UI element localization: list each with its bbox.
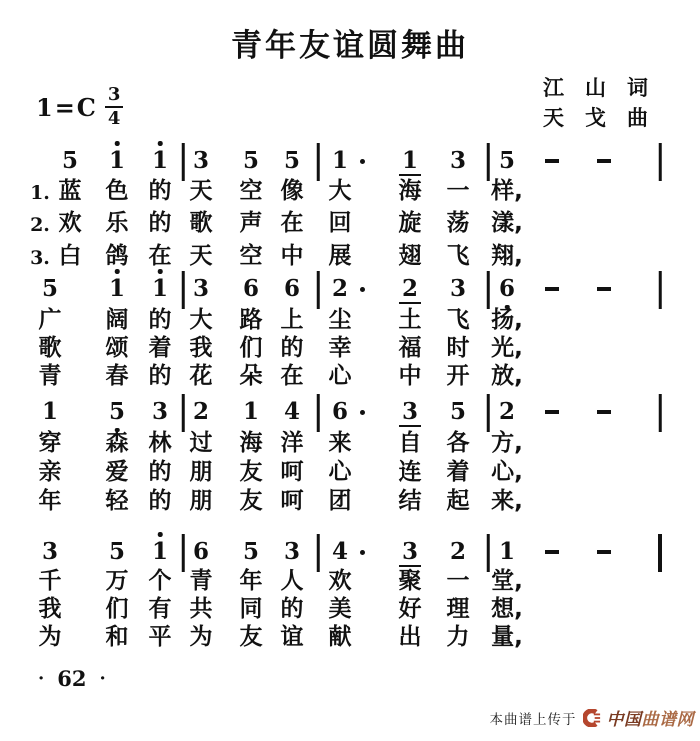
duration-dot [360, 287, 365, 292]
lyric-syllable: 和 [106, 626, 129, 649]
lyric-syllable: 天 [190, 180, 213, 203]
octave-dot-above [158, 141, 163, 146]
lyric-row: 亲爱的朋友呵心连着心, [0, 461, 700, 488]
note: 6 [193, 539, 209, 564]
lyric-syllable: 上 [281, 309, 304, 332]
note-digit: 1 [499, 539, 515, 564]
lyric-syllable: 朋 [190, 461, 213, 484]
lyric-syllable: 旋 [399, 212, 422, 235]
note: 1 [152, 276, 168, 301]
note: 3 [450, 276, 466, 301]
octave-dot-above [158, 532, 163, 537]
note: 5 [284, 148, 300, 173]
note: 2 [399, 276, 421, 304]
note: 1 [109, 148, 125, 173]
music-system: 3516534321千万个青年人欢聚一堂,我们有共同的美好理想,为和平为友谊献出… [0, 539, 700, 671]
note-row: 1532146352 [0, 399, 700, 429]
lyric-syllable: 人 [281, 570, 304, 593]
lyric-syllable: 为 [39, 626, 62, 649]
note: 3 [399, 539, 421, 567]
lyric-syllable: 鸽 [106, 245, 129, 268]
lyric-syllable: 们 [240, 337, 263, 360]
lyric-row: 年轻的朋友呵团结起来, [0, 490, 700, 517]
note-digit: 1 [42, 399, 58, 424]
lyric-syllable: 友 [240, 626, 263, 649]
lyric-syllable: 欢 [329, 570, 352, 593]
lyric-syllable: 在 [149, 245, 172, 268]
lyric-syllable: 福 [399, 337, 422, 360]
lyric-syllable: 广 [39, 309, 62, 332]
dash-note [597, 159, 611, 163]
note: 5 [499, 148, 515, 173]
time-signature-numerator: 3 [105, 86, 124, 108]
lyric-syllable: 我 [39, 598, 62, 621]
note: 5 [42, 276, 58, 301]
note-digit: 2 [332, 276, 348, 301]
note-digit: 3 [42, 539, 58, 564]
lyric-syllable: 过 [190, 432, 213, 455]
note: 1 [42, 399, 58, 424]
duration-dot [360, 159, 365, 164]
note: 1 [243, 399, 259, 424]
lyric-syllable: 回 [329, 212, 352, 235]
barline [317, 143, 320, 181]
note-digit: 3 [193, 276, 209, 301]
note-digit: 1 [152, 539, 168, 564]
lyric-syllable: 个 [149, 570, 172, 593]
lyric-syllable: 各 [447, 432, 470, 455]
octave-dot-above [115, 141, 120, 146]
barline [487, 271, 490, 309]
barline [182, 534, 185, 572]
lyric-row: 为和平为友谊献出力量, [0, 626, 700, 653]
note: 3 [193, 276, 209, 301]
lyric-syllable: 中 [281, 245, 304, 268]
lyric-syllable: 幸 [329, 337, 352, 360]
note-digit: 6 [284, 276, 300, 301]
sheet-music-page: 青年友谊圆舞曲 江山词 天戈曲 1=C 3 4 51135511351.蓝色的天… [0, 0, 700, 741]
lyric-syllable: 的 [149, 461, 172, 484]
lyric-syllable: 一 [447, 180, 470, 203]
site-logo-icon [583, 709, 601, 727]
note: 4 [284, 399, 300, 424]
note-digit: 5 [243, 148, 259, 173]
page-number-left-dot: · [38, 668, 44, 689]
note-digit: 4 [332, 539, 348, 564]
lyric-syllable: 结 [399, 490, 422, 513]
site-name-secondary: 曲谱网 [642, 710, 695, 730]
lyric-syllable: 展 [329, 245, 352, 268]
note-digit: 3 [193, 148, 209, 173]
lyric-syllable: 青 [190, 570, 213, 593]
lyric-syllable: 自 [399, 432, 422, 455]
barline [182, 271, 185, 309]
page-number-right-dot: · [100, 668, 106, 689]
lyric-syllable: 友 [240, 461, 263, 484]
lyric-syllable: 森 [106, 432, 129, 455]
note: 3 [284, 539, 300, 564]
lyric-syllable: 力 [447, 626, 470, 649]
duration-dot [360, 550, 365, 555]
lyric-syllable: 共 [190, 598, 213, 621]
note-row: 3516534321 [0, 539, 700, 569]
lyric-syllable: 呵 [281, 461, 304, 484]
lyric-syllable: 空 [240, 245, 263, 268]
lyric-syllable: 起 [447, 490, 470, 513]
lyric-syllable: 美 [329, 598, 352, 621]
lyric-syllable: 颂 [106, 337, 129, 360]
note-digit: 6 [243, 276, 259, 301]
lyric-syllable: 量, [491, 626, 523, 649]
lyric-syllable: 轻 [106, 490, 129, 513]
lyric-syllable: 堂, [491, 570, 523, 593]
note: 2 [450, 539, 466, 564]
lyric-syllable: 平 [149, 626, 172, 649]
time-signature-denominator: 4 [105, 108, 124, 128]
music-system: 51135511351.蓝色的天空像大海一样,2.欢乐的歌声在回旋荡漾,3.白鸽… [0, 148, 700, 280]
lyric-syllable: 出 [399, 626, 422, 649]
lyric-syllable: 蓝 [59, 180, 82, 203]
lyric-syllable: 光, [491, 337, 523, 360]
note-row: 5113551135 [0, 148, 700, 178]
lyric-syllable: 春 [106, 365, 129, 388]
note: 4 [332, 539, 348, 564]
note: 6 [243, 276, 259, 301]
note-digit: 5 [499, 148, 515, 173]
note-digit: 5 [62, 148, 78, 173]
lyric-syllable: 的 [149, 180, 172, 203]
lyric-syllable: 来, [491, 490, 523, 513]
duration-dot [360, 410, 365, 415]
note-digit: 3 [399, 539, 421, 567]
note: 2 [332, 276, 348, 301]
lyric-syllable: 漾, [491, 212, 523, 235]
lyric-syllable: 心, [491, 461, 523, 484]
barline [487, 143, 490, 181]
note-digit: 5 [243, 539, 259, 564]
verse-number: 1. [30, 182, 50, 204]
note-digit: 1 [399, 148, 421, 176]
lyric-syllable: 献 [329, 626, 352, 649]
dash-note [597, 410, 611, 414]
barline [659, 271, 662, 309]
lyric-syllable: 色 [106, 180, 129, 203]
lyric-syllable: 着 [447, 461, 470, 484]
note-row: 5113662236 [0, 276, 700, 306]
lyric-syllable: 在 [281, 212, 304, 235]
lyric-syllable: 大 [329, 180, 352, 203]
lyric-syllable: 着 [149, 337, 172, 360]
lyric-syllable: 空 [240, 180, 263, 203]
lyric-syllable: 歌 [39, 337, 62, 360]
note-digit: 3 [450, 148, 466, 173]
lyric-syllable: 洋 [281, 432, 304, 455]
barline [317, 271, 320, 309]
note-digit: 5 [42, 276, 58, 301]
note-digit: 1 [243, 399, 259, 424]
barline [182, 143, 185, 181]
note-digit: 5 [450, 399, 466, 424]
barline [182, 394, 185, 432]
note-digit: 1 [109, 148, 125, 173]
note: 6 [284, 276, 300, 301]
barline [487, 394, 490, 432]
lyric-syllable: 想, [491, 598, 523, 621]
lyric-syllable: 谊 [281, 626, 304, 649]
key-signature: 1=C 3 4 [36, 86, 123, 128]
site-name-primary: 中国 [607, 710, 642, 730]
note: 2 [193, 399, 209, 424]
lyric-syllable: 方, [491, 432, 523, 455]
lyric-syllable: 万 [106, 570, 129, 593]
lyric-syllable: 朵 [240, 365, 263, 388]
lyric-syllable: 青 [39, 365, 62, 388]
lyricist-credit: 江山词 [543, 72, 669, 102]
note-digit: 1 [152, 276, 168, 301]
note: 5 [450, 399, 466, 424]
verse-number: 2. [30, 214, 50, 236]
note-digit: 6 [193, 539, 209, 564]
note: 3 [152, 399, 168, 424]
lyric-syllable: 海 [399, 180, 422, 203]
note: 1 [399, 148, 421, 176]
final-barline [658, 534, 662, 572]
lyric-syllable: 林 [149, 432, 172, 455]
lyric-row: 2.欢乐的歌声在回旋荡漾, [0, 212, 700, 239]
lyric-syllable: 团 [329, 490, 352, 513]
lyric-syllable: 亲 [39, 461, 62, 484]
lyric-syllable: 荡 [447, 212, 470, 235]
lyric-syllable: 有 [149, 598, 172, 621]
lyric-syllable: 友 [240, 490, 263, 513]
note: 5 [109, 399, 125, 424]
lyric-syllable: 年 [240, 570, 263, 593]
octave-dot-above [115, 269, 120, 274]
lyric-syllable: 路 [240, 309, 263, 332]
note-digit: 6 [332, 399, 348, 424]
lyric-syllable: 连 [399, 461, 422, 484]
lyric-syllable: 尘 [329, 309, 352, 332]
lyric-syllable: 翔, [491, 245, 523, 268]
note-digit: 5 [284, 148, 300, 173]
dash-note [597, 550, 611, 554]
note: 6 [499, 276, 515, 301]
lyric-syllable: 同 [240, 598, 263, 621]
lyric-syllable: 样, [491, 180, 523, 203]
lyric-syllable: 像 [281, 180, 304, 203]
note-digit: 2 [399, 276, 421, 304]
note: 5 [62, 148, 78, 173]
lyric-row: 穿森林过海洋来自各方, [0, 432, 700, 459]
song-title: 青年友谊圆舞曲 [0, 20, 700, 65]
lyric-syllable: 的 [149, 365, 172, 388]
lyric-row: 我们有共同的美好理想, [0, 598, 700, 625]
lyric-syllable: 呵 [281, 490, 304, 513]
note: 3 [193, 148, 209, 173]
lyric-syllable: 理 [447, 598, 470, 621]
note-digit: 1 [109, 276, 125, 301]
lyric-syllable: 们 [106, 598, 129, 621]
lyric-syllable: 翅 [399, 245, 422, 268]
lyric-syllable: 一 [447, 570, 470, 593]
note: 2 [499, 399, 515, 424]
lyric-row: 歌颂着我们的幸福时光, [0, 337, 700, 364]
lyric-syllable: 的 [149, 212, 172, 235]
note-digit: 3 [284, 539, 300, 564]
lyric-syllable: 白 [59, 245, 82, 268]
lyric-row: 千万个青年人欢聚一堂, [0, 570, 700, 597]
note: 1 [152, 148, 168, 173]
lyric-syllable: 在 [281, 365, 304, 388]
note: 3 [399, 399, 421, 427]
lyric-row: 3.白鸽在天空中展翅飞翔, [0, 245, 700, 272]
watermark: 本曲谱上传于 中国曲谱网 [490, 705, 695, 730]
lyric-syllable: 来 [329, 432, 352, 455]
note: 5 [243, 539, 259, 564]
lyric-syllable: 为 [190, 626, 213, 649]
lyric-syllable: 大 [190, 309, 213, 332]
lyric-syllable: 飞 [447, 245, 470, 268]
lyric-syllable: 心 [329, 461, 352, 484]
note-digit: 5 [109, 399, 125, 424]
barline [659, 143, 662, 181]
note-digit: 2 [450, 539, 466, 564]
verse-number: 3. [30, 247, 50, 269]
lyric-syllable: 聚 [399, 570, 422, 593]
time-signature: 3 4 [105, 86, 124, 128]
note: 6 [332, 399, 348, 424]
dash-note [545, 550, 559, 554]
lyric-row: 1.蓝色的天空像大海一样, [0, 180, 700, 207]
note-digit: 3 [450, 276, 466, 301]
note: 1 [499, 539, 515, 564]
lyric-syllable: 年 [39, 490, 62, 513]
note-digit: 6 [499, 276, 515, 301]
note-digit: 4 [284, 399, 300, 424]
lyric-syllable: 扬, [491, 309, 523, 332]
music-system: 5113662236广阔的大路上尘土飞扬,歌颂着我们的幸福时光,青春的花朵在心中… [0, 276, 700, 408]
lyric-syllable: 放, [491, 365, 523, 388]
lyric-syllable: 朋 [190, 490, 213, 513]
note-digit: 2 [193, 399, 209, 424]
lyric-syllable: 天 [190, 245, 213, 268]
key-tonality: 1=C [36, 93, 98, 122]
lyric-syllable: 欢 [59, 212, 82, 235]
lyric-syllable: 土 [399, 309, 422, 332]
octave-dot-above [158, 269, 163, 274]
note-digit: 5 [109, 539, 125, 564]
lyric-syllable: 好 [399, 598, 422, 621]
lyric-row: 青春的花朵在心中开放, [0, 365, 700, 392]
lyric-syllable: 中 [399, 365, 422, 388]
note-digit: 3 [399, 399, 421, 427]
lyric-syllable: 穿 [39, 432, 62, 455]
dash-note [545, 287, 559, 291]
lyric-syllable: 我 [190, 337, 213, 360]
lyric-syllable: 的 [149, 309, 172, 332]
note-digit: 1 [332, 148, 348, 173]
lyric-syllable: 声 [240, 212, 263, 235]
lyric-syllable: 歌 [190, 212, 213, 235]
dash-note [545, 410, 559, 414]
lyric-row: 广阔的大路上尘土飞扬, [0, 309, 700, 336]
lyric-syllable: 心 [329, 365, 352, 388]
note: 1 [332, 148, 348, 173]
barline [317, 394, 320, 432]
note: 5 [243, 148, 259, 173]
lyric-syllable: 海 [240, 432, 263, 455]
lyric-syllable: 开 [447, 365, 470, 388]
lyric-syllable: 的 [281, 337, 304, 360]
lyric-syllable: 阔 [106, 309, 129, 332]
composer-credit: 天戈曲 [543, 102, 669, 132]
lyric-syllable: 千 [39, 570, 62, 593]
barline [659, 394, 662, 432]
barline [317, 534, 320, 572]
note-digit: 2 [499, 399, 515, 424]
upload-text: 本曲谱上传于 [490, 708, 577, 728]
note: 5 [109, 539, 125, 564]
lyric-syllable: 时 [447, 337, 470, 360]
note: 1 [109, 276, 125, 301]
lyric-syllable: 的 [149, 490, 172, 513]
site-name: 中国曲谱网 [607, 705, 695, 730]
lyric-syllable: 乐 [106, 212, 129, 235]
note: 3 [42, 539, 58, 564]
note: 3 [450, 148, 466, 173]
music-system: 1532146352穿森林过海洋来自各方,亲爱的朋友呵心连着心,年轻的朋友呵团结… [0, 399, 700, 531]
note-digit: 1 [152, 148, 168, 173]
dash-note [597, 287, 611, 291]
page-number: · 62 · [38, 666, 106, 691]
note-digit: 3 [152, 399, 168, 424]
lyric-syllable: 的 [281, 598, 304, 621]
lyric-syllable: 爱 [106, 461, 129, 484]
barline [487, 534, 490, 572]
dash-note [545, 159, 559, 163]
lyric-syllable: 花 [190, 365, 213, 388]
note: 1 [152, 539, 168, 564]
page-number-value: 62 [57, 666, 86, 691]
lyric-syllable: 飞 [447, 309, 470, 332]
